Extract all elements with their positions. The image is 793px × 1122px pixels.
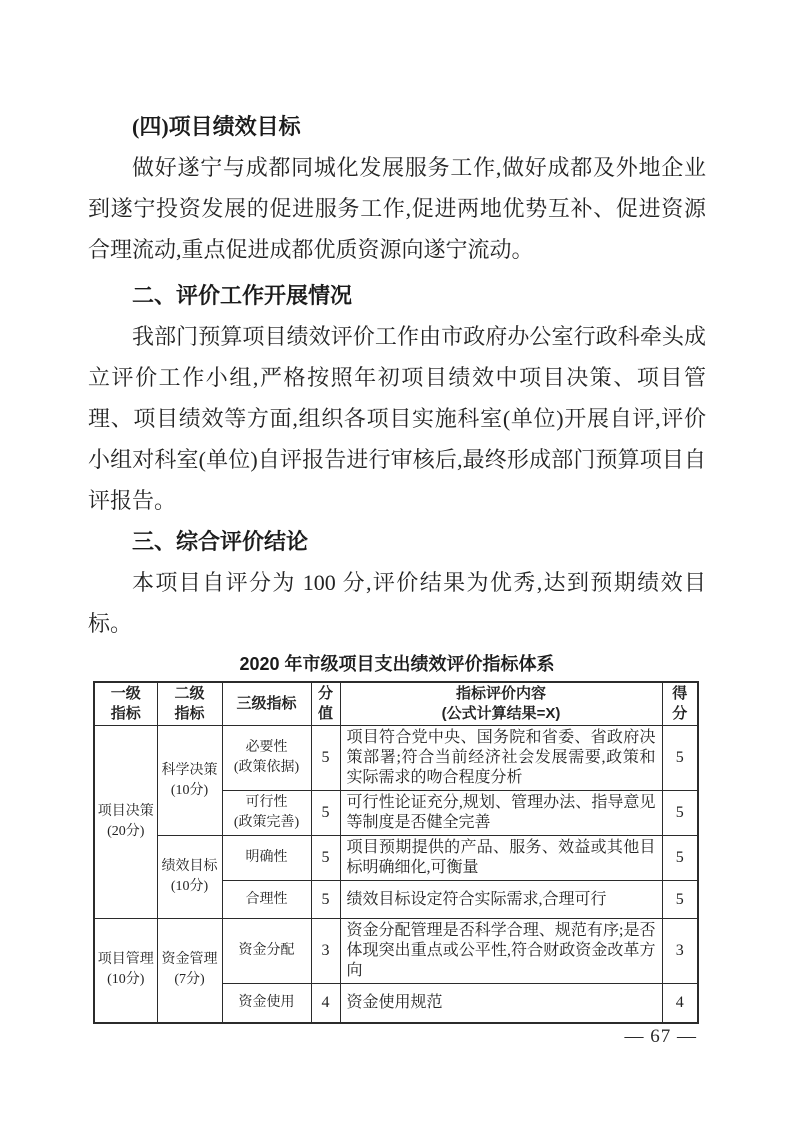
cell-level3-fund-allocation: 资金分配 (222, 919, 311, 984)
th-level1-indicator: 一级 指标 (94, 682, 157, 726)
table-row: 项目决策 (20分) 科学决策 (10分) 必要性 (政策依据) 5 项目符合党… (94, 726, 698, 791)
cell-level1-project-management: 项目管理 (10分) (94, 919, 157, 1023)
cell-score-got: 5 (662, 791, 698, 836)
document-page: (四)项目绩效目标 做好遂宁与成都同城化发展服务工作,做好成都及外地企业到遂宁投… (0, 0, 793, 1122)
th-score-obtained: 得 分 (662, 682, 698, 726)
cell-content: 绩效目标设定符合实际需求,合理可行 (340, 881, 662, 919)
cell-score-value: 5 (311, 726, 340, 791)
cell-score-value: 3 (311, 919, 340, 984)
cell-level3-feasibility: 可行性 (政策完善) (222, 791, 311, 836)
cell-content: 资金分配管理是否科学合理、规范有序;是否体现突出重点或公平性,符合财政资金改革方… (340, 919, 662, 984)
cell-level2-fund-management: 资金管理 (7分) (157, 919, 222, 1023)
paragraph-conclusion: 本项目自评分为 100 分,评价结果为优秀,达到预期绩效目标。 (88, 562, 706, 644)
page-number: — 67 — (625, 1022, 698, 1052)
cell-content: 项目符合党中央、国务院和省委、省政府决策部署;符合当前经济社会发展需要,政策和实… (340, 726, 662, 791)
cell-level2-scientific-decision: 科学决策 (10分) (157, 726, 222, 836)
cell-content: 项目预期提供的产品、服务、效益或其他目标明确细化,可衡量 (340, 836, 662, 881)
th-level3-indicator: 三级指标 (222, 682, 311, 726)
th-score-value: 分 值 (311, 682, 340, 726)
cell-level2-performance-goal: 绩效目标 (10分) (157, 836, 222, 919)
cell-level3-reasonableness: 合理性 (222, 881, 311, 919)
cell-score-got: 5 (662, 726, 698, 791)
cell-score-value: 5 (311, 836, 340, 881)
th-level2-indicator: 二级 指标 (157, 682, 222, 726)
cell-score-got: 5 (662, 881, 698, 919)
cell-level1-project-decision: 项目决策 (20分) (94, 726, 157, 919)
cell-score-value: 4 (311, 984, 340, 1023)
cell-score-value: 5 (311, 791, 340, 836)
th-evaluation-content: 指标评价内容 (公式计算结果=X) (340, 682, 662, 726)
paragraph-evaluation-process: 我部门预算项目绩效评价工作由市政府办公室行政科牵头成立评价工作小组,严格按照年初… (88, 316, 706, 521)
cell-score-value: 5 (311, 881, 340, 919)
heading-section-4: (四)项目绩效目标 (88, 106, 706, 147)
cell-level3-necessity: 必要性 (政策依据) (222, 726, 311, 791)
table-header-row: 一级 指标 二级 指标 三级指标 分 值 指标评价内容 (公式计算结果=X) 得… (94, 682, 698, 726)
indicators-table: 一级 指标 二级 指标 三级指标 分 值 指标评价内容 (公式计算结果=X) 得… (93, 681, 699, 1024)
table-row: 项目管理 (10分) 资金管理 (7分) 资金分配 3 资金分配管理是否科学合理… (94, 919, 698, 984)
cell-content: 资金使用规范 (340, 984, 662, 1023)
cell-score-got: 4 (662, 984, 698, 1023)
paragraph-project-goals: 做好遂宁与成都同城化发展服务工作,做好成都及外地企业到遂宁投资发展的促进服务工作… (88, 147, 706, 270)
table-row: 绩效目标 (10分) 明确性 5 项目预期提供的产品、服务、效益或其他目标明确细… (94, 836, 698, 881)
cell-content: 可行性论证充分,规划、管理办法、指导意见等制度是否健全完善 (340, 791, 662, 836)
cell-level3-clarity: 明确性 (222, 836, 311, 881)
document-body: (四)项目绩效目标 做好遂宁与成都同城化发展服务工作,做好成都及外地企业到遂宁投… (88, 106, 706, 1024)
heading-section-3: 三、综合评价结论 (88, 521, 706, 562)
table-title: 2020 年市级项目支出绩效评价指标体系 (88, 650, 706, 678)
cell-score-got: 3 (662, 919, 698, 984)
cell-score-got: 5 (662, 836, 698, 881)
cell-level3-fund-usage: 资金使用 (222, 984, 311, 1023)
heading-section-2: 二、评价工作开展情况 (88, 275, 706, 316)
